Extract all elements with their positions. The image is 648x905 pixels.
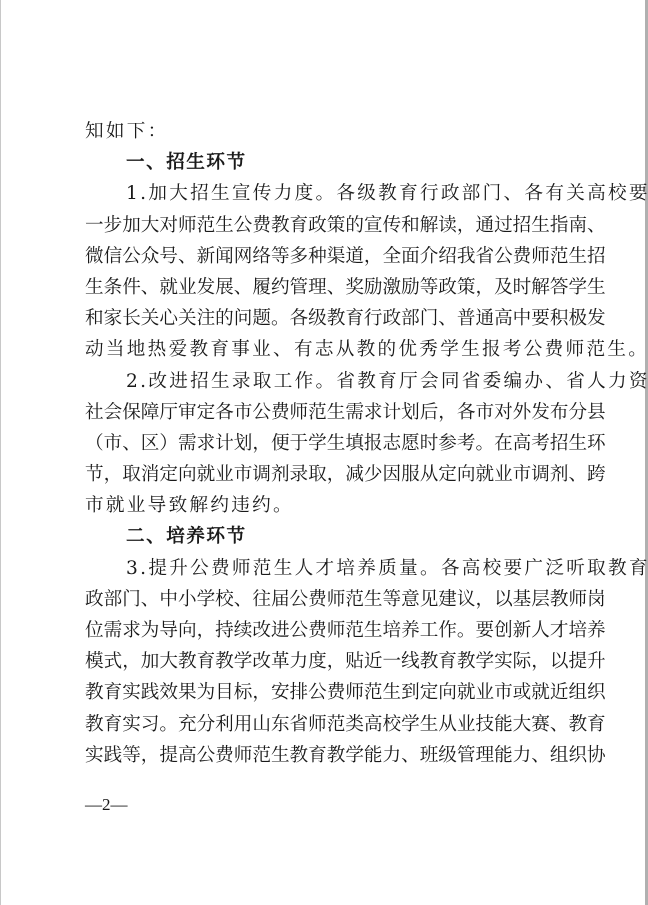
intro-line: 知如下：	[85, 116, 567, 147]
section-heading-enrollment: 一、招生环节	[85, 147, 567, 178]
paragraph-line: 一步加大对师范生公费教育政策的宣传和解读，通过招生指南、	[85, 210, 567, 241]
paragraph-line: 和家长关心关注的问题。各级教育行政部门、普通高中要积极发	[85, 303, 567, 334]
paragraph-line: 教育实习。充分利用山东省师范类高校学生从业技能大赛、教育	[85, 709, 567, 740]
paragraph-line: 微信公众号、新闻网络等多种渠道，全面介绍我省公费师范生招	[85, 241, 567, 272]
paragraph-line: 政部门、中小学校、往届公费师范生等意见建议，以基层教师岗	[85, 584, 567, 615]
paragraph-line: 实践等，提高公费师范生教育教学能力、班级管理能力、组织协	[85, 740, 567, 771]
page-left-edge	[0, 0, 1, 905]
paragraph-line: 教育实践效果为目标，安排公费师范生到定向就业市或就近组织	[85, 677, 567, 708]
paragraph-line: 模式，加大教育教学改革力度，贴近一线教育教学实际，以提升	[85, 646, 567, 677]
paragraph-line: 位需求为导向，持续改进公费师范生培养工作。要创新人才培养	[85, 615, 567, 646]
paragraph-line: 1.加大招生宣传力度。各级教育行政部门、各有关高校要进	[85, 178, 567, 209]
paragraph-3: 3.提升公费师范生人才培养质量。各高校要广泛听取教育行 政部门、中小学校、往届公…	[85, 553, 567, 771]
paragraph-line: 生条件、就业发展、履约管理、奖励激励等政策，及时解答学生	[85, 272, 567, 303]
page-number: —2—	[85, 795, 128, 815]
paragraph-line: 3.提升公费师范生人才培养质量。各高校要广泛听取教育行	[85, 553, 567, 584]
paragraph-line: （市、区）需求计划，便于学生填报志愿时参考。在高考招生环	[85, 428, 567, 459]
paragraph-line: 社会保障厅审定各市公费师范生需求计划后，各市对外发布分县	[85, 397, 567, 428]
paragraph-line: 2.改进招生录取工作。省教育厅会同省委编办、省人力资源	[85, 366, 567, 397]
paragraph-1: 1.加大招生宣传力度。各级教育行政部门、各有关高校要进 一步加大对师范生公费教育…	[85, 178, 567, 365]
paragraph-2: 2.改进招生录取工作。省教育厅会同省委编办、省人力资源 社会保障厅审定各市公费师…	[85, 366, 567, 522]
paragraph-line: 动当地热爱教育事业、有志从教的优秀学生报考公费师范生。	[85, 334, 567, 365]
document-page: 知如下： 一、招生环节 1.加大招生宣传力度。各级教育行政部门、各有关高校要进 …	[85, 116, 567, 771]
paragraph-line: 节，取消定向就业市调剂录取，减少因服从定向就业市调剂、跨	[85, 459, 567, 490]
section-heading-training: 二、培养环节	[85, 521, 567, 552]
paragraph-line: 市就业导致解约违约。	[85, 490, 567, 521]
